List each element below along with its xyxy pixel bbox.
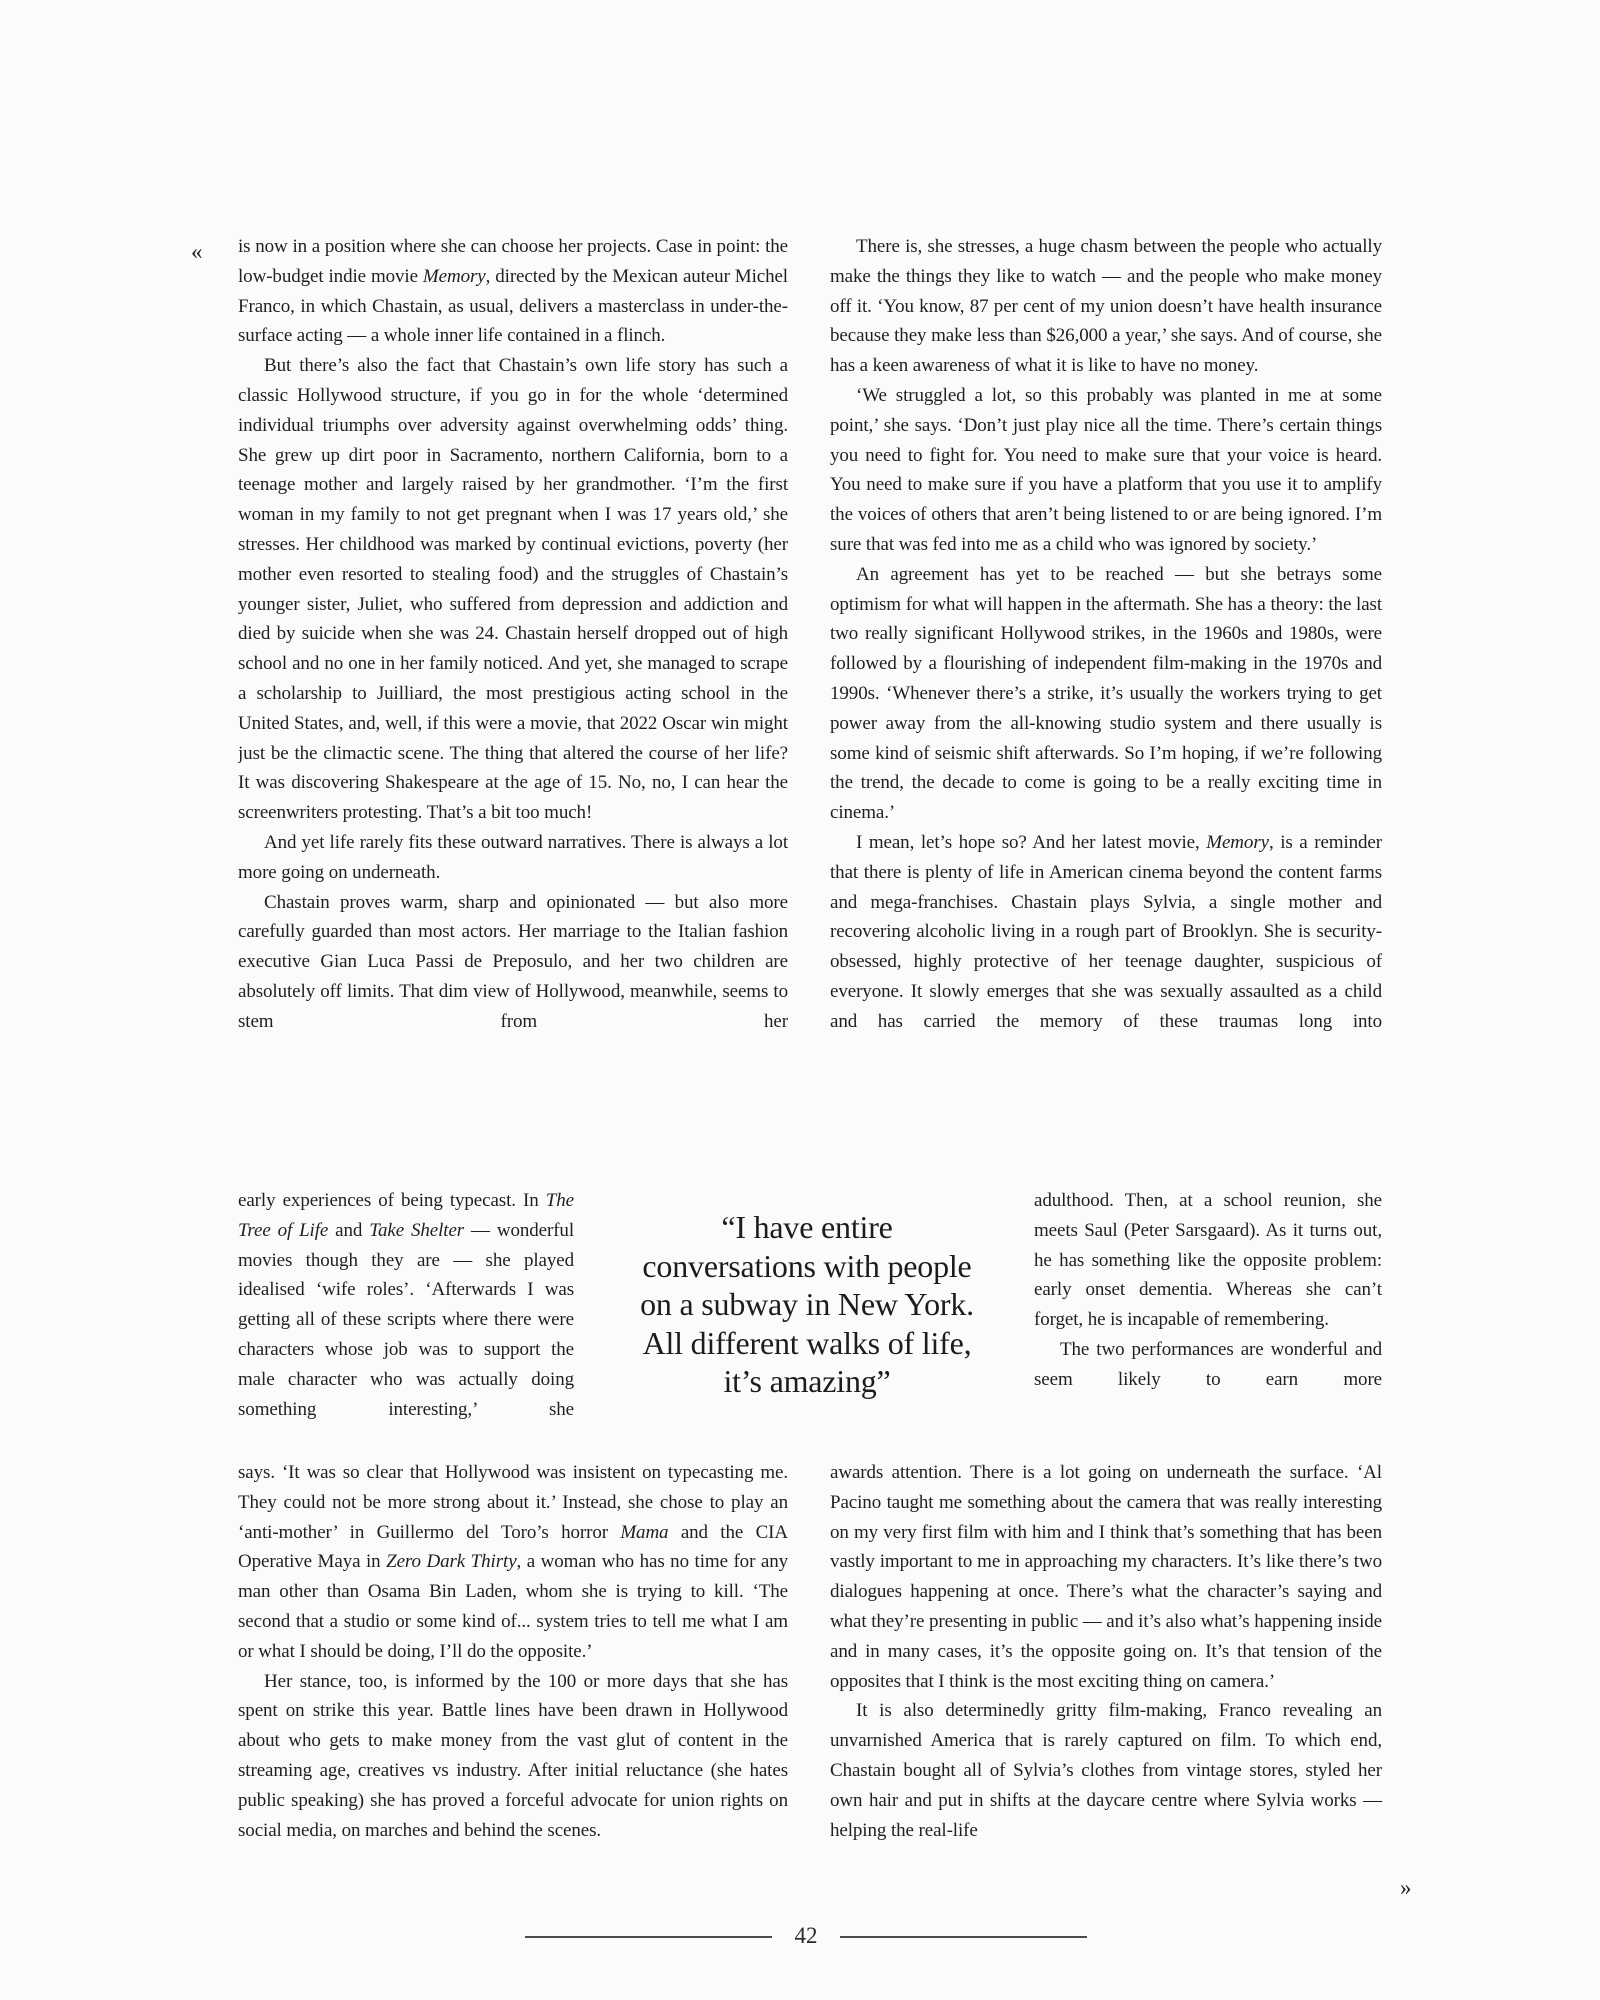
left-column-wide-top-segment: is now in a position where she can choos… bbox=[238, 232, 788, 1186]
left-narrow-text-block: early experiences of being typecast. In … bbox=[238, 1186, 574, 1424]
article-paragraph: early experiences of being typecast. In … bbox=[238, 1186, 574, 1424]
continued-from-previous-marker: « bbox=[191, 240, 203, 263]
pull-quote-line: it’s amazing” bbox=[581, 1362, 1033, 1401]
pull-quote-line: on a subway in New York. bbox=[581, 1285, 1033, 1324]
right-column-wide-bottom-segment: awards attention. There is a lot going o… bbox=[830, 1458, 1382, 1845]
article-paragraph: And yet life rarely fits these outward n… bbox=[238, 828, 788, 888]
article-paragraph: The two performances are wonderful and s… bbox=[1034, 1335, 1382, 1395]
footer-rule-left bbox=[525, 1936, 772, 1938]
page-number: 42 bbox=[781, 1921, 831, 1951]
article-paragraph: awards attention. There is a lot going o… bbox=[830, 1458, 1382, 1696]
pull-quote-line: All different walks of life, bbox=[581, 1324, 1033, 1363]
article-paragraph: There is, she stresses, a huge chasm bet… bbox=[830, 232, 1382, 381]
article-paragraph: is now in a position where she can choos… bbox=[238, 232, 788, 351]
article-paragraph: It is also determinedly gritty film-maki… bbox=[830, 1696, 1382, 1845]
right-column-wide-top-segment: There is, she stresses, a huge chasm bet… bbox=[830, 232, 1382, 1186]
article-paragraph: Chastain proves warm, sharp and opiniona… bbox=[238, 888, 788, 1037]
article-paragraph: says. ‘It was so clear that Hollywood wa… bbox=[238, 1458, 788, 1667]
article-column-left: is now in a position where she can choos… bbox=[238, 232, 788, 1845]
article-paragraph: I mean, let’s hope so? And her latest mo… bbox=[830, 828, 1382, 1037]
right-narrow-text-block: adulthood. Then, at a school reunion, sh… bbox=[1034, 1186, 1382, 1395]
pull-quote-line: conversations with people bbox=[581, 1247, 1033, 1286]
magazine-page: « is now in a position where she can cho… bbox=[0, 0, 1600, 2000]
continued-on-next-page-marker: » bbox=[1400, 1876, 1412, 1899]
article-paragraph: But there’s also the fact that Chastain’… bbox=[238, 351, 788, 828]
article-column-right: There is, she stresses, a huge chasm bet… bbox=[830, 232, 1382, 1845]
article-paragraph: ‘We struggled a lot, so this probably wa… bbox=[830, 381, 1382, 560]
pull-quote: “I have entire conversations with people… bbox=[581, 1208, 1033, 1401]
article-paragraph: Her stance, too, is informed by the 100 … bbox=[238, 1667, 788, 1846]
article-paragraph: adulthood. Then, at a school reunion, sh… bbox=[1034, 1186, 1382, 1335]
footer-rule-right bbox=[840, 1936, 1087, 1938]
pull-quote-line: “I have entire bbox=[581, 1208, 1033, 1247]
left-column-wide-bottom-segment: says. ‘It was so clear that Hollywood wa… bbox=[238, 1458, 788, 1845]
article-paragraph: An agreement has yet to be reached — but… bbox=[830, 560, 1382, 828]
